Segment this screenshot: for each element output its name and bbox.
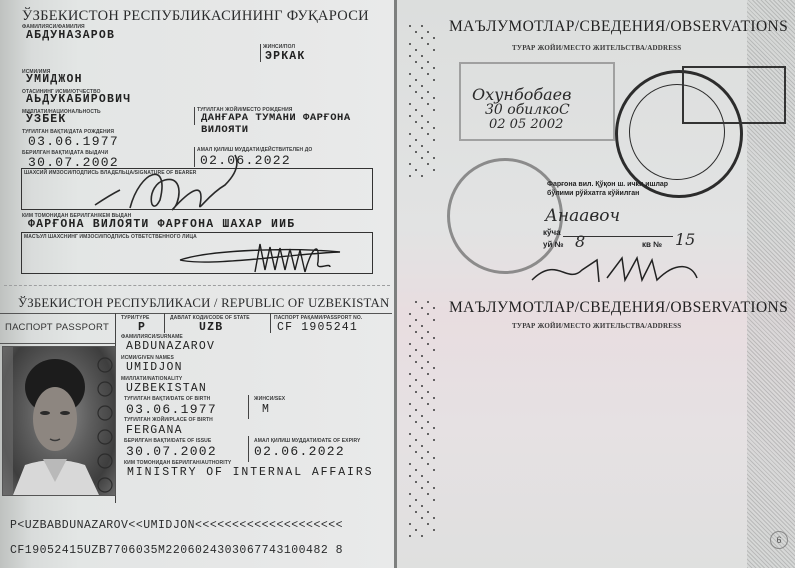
pob-label: ТУҒИЛГАН ЖОЙИ/PLACE OF BIRTH	[124, 417, 213, 423]
handwritten-flat: 15	[675, 230, 695, 249]
bearer-signature	[90, 150, 250, 220]
address-label-1: ТУРАР ЖОЙИ/МЕСТО ЖИТЕЛЬСТВА/ADDRESS	[512, 44, 681, 52]
surname-ru: АБДУНАЗАРОВ	[26, 29, 115, 42]
divider	[164, 313, 165, 333]
passport-label: ПАСПОРТ PASSPORT	[5, 322, 109, 333]
divider	[248, 395, 249, 419]
passport-left-page: ЎЗБЕКИСТОН РЕСПУБЛИКАСИНИНГ ФУҚАРОСИ ФАМ…	[0, 0, 395, 568]
observations-title-2: МАЪЛУМОТЛАР/СВЕДЕНИЯ/OBSERVATIONS	[449, 299, 788, 317]
divider	[194, 107, 195, 125]
issued-by-ru: ФАРҒОНА ВИЛОЯТИ ФАРҒОНА ШАХАР ИИБ	[28, 218, 295, 231]
date-of-expiry: 02.06.2022	[254, 444, 345, 459]
mrz-line-1: P<UZBABDUNAZAROV<<UMIDJON<<<<<<<<<<<<<<<…	[10, 519, 343, 532]
passport-number: CF 1905241	[277, 321, 358, 334]
divider	[248, 436, 249, 462]
name-ru: УМИДЖОН	[26, 73, 83, 86]
observations-title-1: МАЪЛУМОТЛАР/СВЕДЕНИЯ/OBSERVATIONS	[449, 18, 788, 36]
given-names: UMIDJON	[126, 361, 183, 374]
birthplace: ДАНҒАРА ТУМАНИ ФАРҒОНА ВИЛОЯТИ	[201, 112, 395, 136]
sex-ru: ЭРКАК	[265, 50, 306, 63]
divider	[0, 343, 115, 344]
address-label-2: ТУРАР ЖОЙИ/МЕСТО ЖИТЕЛЬСТВА/ADDRESS	[512, 322, 681, 330]
sex: M	[262, 403, 270, 416]
authority: MINISTRY OF INTERNAL AFFAIRS	[127, 466, 373, 479]
handwritten-street: Анаавоч	[545, 206, 620, 226]
mrz-line-2: CF19052415UZB7706035M2206024303067743100…	[10, 544, 343, 557]
passport-right-page: МАЪЛУМОТЛАР/СВЕДЕНИЯ/OBSERVATIONS ТУРАР …	[397, 0, 795, 568]
dob-ru: 03.06.1977	[28, 134, 119, 149]
handwritten-house: 8	[575, 232, 585, 251]
perforation-line	[4, 285, 390, 286]
passport-type: P	[138, 321, 146, 334]
nationality-ru: ЎЗБЕК	[26, 113, 67, 126]
page-number: 6	[770, 531, 788, 549]
street-label: кўча	[543, 228, 561, 237]
date-of-birth: 03.06.1977	[126, 402, 217, 417]
handwritten-locality: 30 обилкоС	[485, 102, 570, 118]
registration-rect-stamp	[682, 66, 786, 124]
state-code: UZB	[199, 321, 223, 334]
sex-label: ЖИНСИ/SEX	[254, 396, 285, 402]
divider	[0, 313, 392, 314]
date-of-issue: 30.07.2002	[126, 444, 217, 459]
holder-photo	[2, 346, 116, 496]
divider	[270, 313, 271, 333]
handwritten-date: 02 05 2002	[489, 117, 563, 132]
citizen-header: ЎЗБЕКИСТОН РЕСПУБЛИКАСИНИНГ ФУҚАРОСИ	[22, 8, 369, 25]
divider	[260, 44, 261, 62]
registration-signature	[527, 250, 707, 290]
flat-label: кв №	[642, 240, 662, 249]
official-signature	[170, 232, 370, 282]
surname: ABDUNAZAROV	[126, 340, 215, 353]
registration-stamp-text: Фарғона вил. Қўқон ш. ички ишлар бўлими …	[547, 180, 687, 198]
patronymic: АЬДУКАБИРОВИЧ	[26, 93, 131, 106]
house-label: уй №	[543, 240, 564, 249]
nationality: UZBEKISTAN	[126, 382, 207, 395]
place-of-birth: FERGANA	[126, 424, 183, 437]
republic-header: ЎЗБЕКИСТОН РЕСПУБЛИКАСИ / REPUBLIC OF UZ…	[18, 296, 389, 311]
